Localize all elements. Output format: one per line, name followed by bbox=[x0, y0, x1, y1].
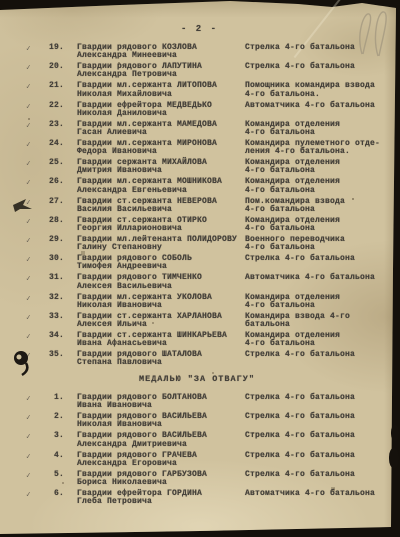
entry-number: 31. bbox=[42, 274, 64, 282]
checkmark-icon: ✓ bbox=[26, 489, 43, 500]
entry-name: Гвардии рядового ГРАЧЕВА Александра Егор… bbox=[77, 452, 245, 468]
entry-role-line2: 4-го батальона bbox=[245, 244, 400, 252]
entry-name-line2: Дмитрия Ивановича bbox=[77, 167, 245, 175]
entry-role-line1: Стрелка 4-го батальона bbox=[245, 63, 400, 71]
entry-role: Военного переводчика 4-го батальона bbox=[245, 236, 400, 252]
entry-number: 35. bbox=[42, 351, 64, 359]
award-entry: ✓ 33. Гвардии ст.сержанта ХАРЛАНОВА Алек… bbox=[0, 313, 400, 329]
entry-name: Гвардии мл.сержанта МИРОНОВА Федора Иван… bbox=[77, 140, 245, 156]
checkmark-icon: ✓ bbox=[26, 274, 43, 285]
entry-name-line2: Алексея Васильевича bbox=[77, 283, 245, 291]
entry-name: Гвардии рядового ШАТАЛОВА Степана Павлов… bbox=[77, 351, 245, 367]
entry-role-line1: Стрелка 4-го батальона bbox=[245, 394, 400, 402]
entry-number: 32. bbox=[42, 294, 64, 302]
entry-name: Гвардии мл.сержанта МАМЕДОВА Гасан Алиев… bbox=[77, 121, 245, 137]
checkmark-icon: ✓ bbox=[26, 178, 43, 189]
paper-specks bbox=[0, 0, 2, 2]
entry-name-line2: Александра Егоровича bbox=[77, 460, 245, 468]
entry-name: Гвардии рядового КОЗЛОВА Александра Мине… bbox=[77, 44, 245, 60]
entry-name-line2: Тимофея Андреевича bbox=[77, 263, 245, 271]
entry-role: Автоматчика 4-го батальона bbox=[245, 274, 400, 282]
checkmark-icon: ✓ bbox=[26, 312, 43, 323]
document-scan: - 2 - ✓ 19. Гвардии рядового КОЗЛОВА Але… bbox=[0, 0, 400, 537]
entry-name: Гвардии ст.сержанта ШИНКАРЬЕВА Ивана Афа… bbox=[77, 332, 245, 348]
award-entry: ✓ 28. Гвардии ст.сержанта ОТИРКО Георгия… bbox=[0, 217, 400, 233]
checkmark-icon: ✓ bbox=[26, 158, 43, 169]
entry-name-line2: Василия Васильевича bbox=[77, 206, 245, 214]
award-entry: ✓ 24. Гвардии мл.сержанта МИРОНОВА Федор… bbox=[0, 140, 400, 156]
checkmark-icon: ✓ bbox=[26, 331, 43, 342]
entry-role: Стрелка 4-го батальона bbox=[245, 394, 400, 402]
entry-name: Гвардии мл.сержанта ЛИТОПОВА Николая Мих… bbox=[77, 82, 245, 98]
entry-role: Командира отделения 4-го батальона bbox=[245, 178, 400, 194]
entry-role-line2: ления 4-го батальона. bbox=[245, 148, 400, 156]
entry-role-line2: батальона bbox=[245, 321, 400, 329]
award-entry: ✓ 20. Гвардии рядового ЛАПУТИНА Александ… bbox=[0, 63, 400, 79]
checkmark-icon: ✓ bbox=[26, 293, 43, 304]
entry-role-line1: Стрелка 4-го батальона bbox=[245, 255, 400, 263]
entry-name-line2: Николая Михайловича bbox=[77, 91, 245, 99]
entry-role-line2: 4-го батальона bbox=[245, 225, 400, 233]
entry-number: 21. bbox=[42, 82, 64, 90]
entry-name: Гвардии рядового ВАСИЛЬЕВА Николая Ивано… bbox=[77, 413, 245, 429]
award-entry: ✓ 32. Гвардии мл.сержанта УКОЛОВА Никола… bbox=[0, 294, 400, 310]
pencil-scribble bbox=[348, 4, 398, 59]
checkmark-icon: ✓ bbox=[26, 451, 43, 462]
checkmark-icon: ✓ bbox=[26, 470, 43, 481]
entry-number: 23. bbox=[42, 121, 64, 129]
checkmark-icon: ✓ bbox=[26, 43, 43, 54]
entry-name-line2: Ивана Ивановича bbox=[77, 402, 245, 410]
entry-name: Гвардии рядового ТИМЧЕНКО Алексея Василь… bbox=[77, 274, 245, 290]
award-entry: ✓ 6. Гвардии ефрейтора ГОРДИНА Глеба Пет… bbox=[0, 490, 400, 506]
entry-number: 30. bbox=[42, 255, 64, 263]
entry-number: 29. bbox=[42, 236, 64, 244]
award-entry: ✓ 26. Гвардии мл.сержанта МОШНИКОВА Алек… bbox=[0, 178, 400, 194]
entry-number: 24. bbox=[42, 140, 64, 148]
entry-name-line2: Ивана Афанасьевича bbox=[77, 340, 245, 348]
checkmark-icon: ✓ bbox=[26, 216, 43, 227]
entry-name-line2: Бориса Николаевича bbox=[77, 479, 245, 487]
entry-role: Командира отделения 4-го батальона bbox=[245, 121, 400, 137]
entry-role: Стрелка 4-го батальона bbox=[245, 471, 400, 479]
entry-role: Стрелка 4-го батальона bbox=[245, 255, 400, 263]
checkmark-icon: ✓ bbox=[26, 101, 43, 112]
entry-name-line2: Александра Дмитриевича bbox=[77, 441, 245, 449]
checkmark-icon: ✓ bbox=[26, 432, 43, 443]
award-entry: ✓ 21. Гвардии мл.сержанта ЛИТОПОВА Никол… bbox=[0, 82, 400, 98]
award-entry: ✓ 27. Гвардии ст.сержанта НЕВЕРОВА Васил… bbox=[0, 198, 400, 214]
entry-role-line1: Автоматчика 4-го батальона bbox=[245, 490, 400, 498]
entry-number: 33. bbox=[42, 313, 64, 321]
entry-name-line2: Александра Петровича bbox=[77, 71, 245, 79]
entry-name: Гвардии мл.сержанта МОШНИКОВА Александра… bbox=[77, 178, 245, 194]
entry-name-line2: Александра Евгеньевича bbox=[77, 187, 245, 195]
entry-role: Стрелка 4-го батальона bbox=[245, 413, 400, 421]
entry-name-line2: Галину Степановну bbox=[77, 244, 245, 252]
award-entry: ✓ 35. Гвардии рядового ШАТАЛОВА Степана … bbox=[0, 351, 400, 367]
award-entry: ✓ 29. Гвардии мл.лейтенанта ПОЛИДОРОВУ Г… bbox=[0, 236, 400, 252]
entry-name: Гвардии ст.сержанта НЕВЕРОВА Василия Вас… bbox=[77, 198, 245, 214]
entry-role-line1: Автоматчика 4-го батальона bbox=[245, 274, 400, 282]
entry-name-line2: Николая Даниловича bbox=[77, 110, 245, 118]
award-entry: ✓ 1. Гвардии рядового БОЛТАНОВА Ивана Ив… bbox=[0, 394, 400, 410]
award-entry: ✓ 3. Гвардии рядового ВАСИЛЬЕВА Александ… bbox=[0, 432, 400, 448]
checkmark-icon: ✓ bbox=[26, 62, 43, 73]
entry-number: 6. bbox=[42, 490, 64, 498]
entry-name-line2: Алексея Ильича bbox=[77, 321, 245, 329]
checkmark-icon: ✓ bbox=[26, 139, 43, 150]
entry-role-line2: 4-го батальона bbox=[245, 187, 400, 195]
award-entry: ✓ 23. Гвардии мл.сержанта МАМЕДОВА Гасан… bbox=[0, 121, 400, 137]
entry-name: Гвардии рядового ВАСИЛЬЕВА Александра Дм… bbox=[77, 432, 245, 448]
entry-role-line1: Стрелка 4-го батальона bbox=[245, 471, 400, 479]
entry-role: Стрелка 4-го батальона bbox=[245, 432, 400, 440]
entry-number: 27. bbox=[42, 198, 64, 206]
entry-role: Командира отделения 4-го батальона bbox=[245, 332, 400, 348]
entry-number: 20. bbox=[42, 63, 64, 71]
entry-number: 1. bbox=[42, 394, 64, 402]
entry-name: Гвардии рядового ГАРБУЗОВА Бориса Никола… bbox=[77, 471, 245, 487]
entry-name: Гвардии ефрейтора ГОРДИНА Глеба Петрович… bbox=[77, 490, 245, 506]
entry-role-line2: 4-го батальона bbox=[245, 167, 400, 175]
entry-number: 4. bbox=[42, 452, 64, 460]
award-entry: ✓ 22. Гвардии ефрейтора МЕДВЕДЬКО Никола… bbox=[0, 102, 400, 118]
entry-role: Командира взвода 4-го батальона bbox=[245, 313, 400, 329]
award-entry: ✓ 2. Гвардии рядового ВАСИЛЬЕВА Николая … bbox=[0, 413, 400, 429]
entry-role-line2: 4-го батальона bbox=[245, 129, 400, 137]
award-entry: ✓ 34. Гвардии ст.сержанта ШИНКАРЬЕВА Ива… bbox=[0, 332, 400, 348]
ink-blot-arrow-icon bbox=[12, 197, 34, 213]
entry-name-line2: Николая Ивановича bbox=[77, 421, 245, 429]
entry-role-line2: 4-го батальона. bbox=[245, 91, 400, 99]
entry-role-line1: Стрелка 4-го батальона bbox=[245, 452, 400, 460]
entry-role-line1: Стрелка 4-го батальона bbox=[245, 413, 400, 421]
award-list-medal-for-courage: ✓ 1. Гвардии рядового БОЛТАНОВА Ивана Ив… bbox=[0, 394, 400, 509]
checkmark-icon: ✓ bbox=[26, 254, 43, 265]
ink-blot-icon bbox=[12, 350, 30, 377]
entry-number: 5. bbox=[42, 471, 64, 479]
award-list-continued: ✓ 19. Гвардии рядового КОЗЛОВА Александр… bbox=[0, 44, 400, 370]
award-entry: ✓ 5. Гвардии рядового ГАРБУЗОВА Бориса Н… bbox=[0, 471, 400, 487]
award-entry: ✓ 31. Гвардии рядового ТИМЧЕНКО Алексея … bbox=[0, 274, 400, 290]
checkmark-icon: ✓ bbox=[26, 120, 43, 131]
entry-name: Гвардии ефрейтора МЕДВЕДЬКО Николая Дани… bbox=[77, 102, 245, 118]
entry-role-line1: Стрелка 4-го батальона bbox=[245, 432, 400, 440]
entry-role: Командира отделения 4-го батальона bbox=[245, 294, 400, 310]
entry-role: Автоматчика 4-го батальона bbox=[245, 490, 400, 498]
entry-name-line2: Георгия Илларионовича bbox=[77, 225, 245, 233]
entry-name: Гвардии ст.сержанта ОТИРКО Георгия Иллар… bbox=[77, 217, 245, 233]
entry-role: Командира пулеметного отде- ления 4-го б… bbox=[245, 140, 400, 156]
entry-name: Гвардии мл.лейтенанта ПОЛИДОРОВУ Галину … bbox=[77, 236, 245, 252]
entry-role: Стрелка 4-го батальона bbox=[245, 452, 400, 460]
entry-role: Помощника командира взвода 4-го батальон… bbox=[245, 82, 400, 98]
entry-name-line2: Федора Ивановича bbox=[77, 148, 245, 156]
checkmark-icon: ✓ bbox=[26, 82, 43, 93]
entry-name: Гвардии сержанта МИХАЙЛОВА Дмитрия Ивано… bbox=[77, 159, 245, 175]
checkmark-icon: ✓ bbox=[26, 412, 43, 423]
entry-number: 2. bbox=[42, 413, 64, 421]
entry-name: Гвардии рядового БОЛТАНОВА Ивана Иванови… bbox=[77, 394, 245, 410]
entry-role: Стрелка 4-го батальона bbox=[245, 63, 400, 71]
entry-role-line2: 4-го батальона bbox=[245, 340, 400, 348]
checkmark-icon: ✓ bbox=[26, 235, 43, 246]
entry-role: Автоматчика 4-го батальона bbox=[245, 102, 400, 110]
entry-name-line2: Глеба Петровича bbox=[77, 498, 245, 506]
award-entry: ✓ 25. Гвардии сержанта МИХАЙЛОВА Дмитрия… bbox=[0, 159, 400, 175]
page-number: - 2 - bbox=[181, 24, 218, 34]
entry-number: 34. bbox=[42, 332, 64, 340]
entry-number: 25. bbox=[42, 159, 64, 167]
checkmark-icon: ✓ bbox=[26, 393, 43, 404]
entry-role: Стрелка 4-го батальона bbox=[245, 351, 400, 359]
entry-role: Командира отделения 4-го батальона bbox=[245, 217, 400, 233]
entry-role-line1: Стрелка 4-го батальона bbox=[245, 351, 400, 359]
entry-role: Пом.командира взвода 4-го батальона bbox=[245, 198, 400, 214]
entry-name-line2: Степана Павловича bbox=[77, 359, 245, 367]
entry-name-line2: Гасан Алиевича bbox=[77, 129, 245, 137]
edge-stain bbox=[389, 448, 399, 468]
entry-number: 26. bbox=[42, 178, 64, 186]
award-entry: ✓ 30. Гвардии рядового СОБОЛЬ Тимофея Ан… bbox=[0, 255, 400, 271]
edge-stain bbox=[391, 425, 399, 441]
entry-role-line1: Автоматчика 4-го батальона bbox=[245, 102, 400, 110]
entry-role-line2: 4-го батальона bbox=[245, 206, 400, 214]
entry-name: Гвардии рядового СОБОЛЬ Тимофея Андрееви… bbox=[77, 255, 245, 271]
entry-role: Командира отделения 4-го батальона bbox=[245, 159, 400, 175]
entry-name: Гвардии ст.сержанта ХАРЛАНОВА Алексея Ил… bbox=[77, 313, 245, 329]
entry-role-line2: 4-го батальона bbox=[245, 302, 400, 310]
entry-name-line2: Александра Минеевича bbox=[77, 52, 245, 60]
entry-number: 28. bbox=[42, 217, 64, 225]
entry-name: Гвардии мл.сержанта УКОЛОВА Николая Иван… bbox=[77, 294, 245, 310]
award-entry: ✓ 19. Гвардии рядового КОЗЛОВА Александр… bbox=[0, 44, 400, 60]
award-entry: ✓ 4. Гвардии рядового ГРАЧЕВА Александра… bbox=[0, 452, 400, 468]
entry-number: 19. bbox=[42, 44, 64, 52]
entry-name-line2: Николая Ивановича bbox=[77, 302, 245, 310]
section-title-medal-for-courage: МЕДАЛЬЮ "ЗА ОТВАГУ" bbox=[139, 374, 255, 384]
entry-number: 3. bbox=[42, 432, 64, 440]
entry-name: Гвардии рядового ЛАПУТИНА Александра Пет… bbox=[77, 63, 245, 79]
entry-number: 22. bbox=[42, 102, 64, 110]
